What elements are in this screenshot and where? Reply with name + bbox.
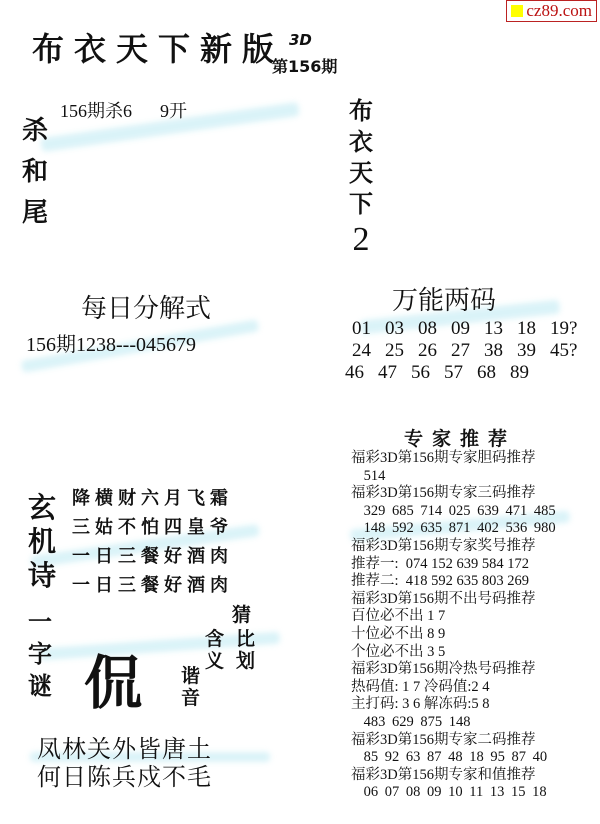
expert-line: 福彩3D第156期专家和值推荐: [351, 767, 556, 785]
number-row: 01030809131819?: [352, 318, 583, 340]
expert-line: 推荐二: 418 592 635 803 269: [351, 573, 556, 591]
label-char: 谜: [28, 670, 52, 702]
title-char: 布: [349, 96, 373, 127]
daily-formula-value: 156期1238---045679: [26, 328, 196, 357]
number: 19?: [550, 318, 583, 340]
kill-tail-line: 156期杀69开: [60, 97, 187, 123]
expert-recommendations: 福彩3D第156期专家胆码推荐 514 福彩3D第156期专家三码推荐 329 …: [351, 450, 556, 802]
number-row: 24252627383945?: [352, 340, 583, 362]
expert-line: 福彩3D第156期专家三码推荐: [351, 485, 556, 503]
number: 45?: [550, 340, 583, 362]
hint-meaning: 含 义: [205, 628, 224, 672]
poem-label: 玄 机 诗: [28, 491, 56, 593]
expert-line: 推荐一: 074 152 639 584 172: [351, 556, 556, 574]
number: 38: [484, 340, 517, 362]
couplet-line: 何日陈兵戍不毛: [37, 763, 212, 791]
label-char: 玄: [28, 491, 56, 525]
number: 26: [418, 340, 451, 362]
number: 13: [484, 318, 517, 340]
couplet: 凤林关外皆唐土 何日陈兵戍不毛: [37, 735, 212, 791]
title-char: 衣: [349, 127, 373, 158]
label-char: 和: [22, 152, 48, 193]
yellow-square-icon: [511, 5, 523, 17]
site-badge[interactable]: cz89.com: [506, 0, 597, 22]
expert-title: 专家推荐: [404, 424, 516, 451]
riddle-label: 一 字 谜: [28, 606, 52, 702]
number: 18: [517, 318, 550, 340]
number-row: 464756576889: [345, 362, 583, 384]
kill-tail-value: 156期杀6: [60, 101, 132, 121]
poem-line: 一日三餐好酒肉: [72, 542, 233, 571]
number: 89: [510, 362, 543, 384]
expert-line: 85 92 63 87 48 18 95 87 40: [351, 749, 556, 767]
expert-line: 514: [351, 468, 556, 486]
hint-char: 音: [181, 687, 200, 709]
poem-line: 一日三餐好酒肉: [72, 571, 233, 600]
hint-char: 比: [236, 628, 255, 650]
expert-line: 148 592 635 871 402 536 980: [351, 520, 556, 538]
daily-formula-title: 每日分解式: [81, 288, 211, 325]
label-char: 杀: [22, 111, 48, 152]
number: 25: [385, 340, 418, 362]
hint-guess: 猜: [232, 604, 251, 626]
page-title: 布衣天下新版: [32, 24, 284, 70]
expert-line: 主打码: 3 6 解冻码:5 8: [351, 696, 556, 714]
expert-line: 福彩3D第156期专家胆码推荐: [351, 450, 556, 468]
label-char: 一: [28, 606, 52, 638]
hint-char: 含: [205, 628, 224, 650]
expert-line: 06 07 08 09 10 11 13 15 18: [351, 784, 556, 802]
number: 46: [345, 362, 378, 384]
number: 27: [451, 340, 484, 362]
hint-compare: 比 划: [236, 628, 255, 672]
expert-line: 热码值: 1 7 冷码值:2 4: [351, 679, 556, 697]
expert-line: 福彩3D第156期专家奖号推荐: [351, 538, 556, 556]
issue-label: 第156期: [272, 54, 337, 77]
number: 56: [411, 362, 444, 384]
number: 57: [444, 362, 477, 384]
expert-line: 福彩3D第156期冷热号码推荐: [351, 661, 556, 679]
number: 39: [517, 340, 550, 362]
kill-tail-label: 杀 和 尾: [22, 111, 48, 234]
number: 47: [378, 362, 411, 384]
game-label: 3D: [289, 31, 312, 49]
number: 24: [352, 340, 385, 362]
label-char: 机: [28, 525, 56, 559]
hint-char: 划: [236, 650, 255, 672]
number: 08: [418, 318, 451, 340]
expert-line: 329 685 714 025 639 471 485: [351, 503, 556, 521]
expert-line: 483 629 875 148: [351, 714, 556, 732]
number: 68: [477, 362, 510, 384]
riddle-character: 侃: [84, 636, 142, 720]
hint-char: 义: [205, 650, 224, 672]
couplet-line: 凤林关外皆唐土: [37, 735, 212, 763]
vertical-title: 布 衣 天 下 2: [349, 96, 373, 260]
poem-line: 降横财六月飞霜: [72, 484, 233, 513]
expert-line: 福彩3D第156期不出号码推荐: [351, 591, 556, 609]
label-char: 诗: [28, 559, 56, 593]
expert-line: 个位必不出 3 5: [351, 644, 556, 662]
hint-sound: 谐 音: [181, 665, 200, 709]
title-char: 下: [349, 189, 373, 220]
number: 09: [451, 318, 484, 340]
title-char: 天: [349, 158, 373, 189]
kill-tail-open: 9开: [160, 101, 187, 121]
title-number: 2: [353, 220, 370, 260]
poem: 降横财六月飞霜 三姑不怕四皇爷 一日三餐好酒肉 一日三餐好酒肉: [72, 484, 233, 600]
expert-line: 福彩3D第156期专家二码推荐: [351, 732, 556, 750]
universal-two-grid: 01030809131819? 24252627383945? 46475657…: [352, 318, 583, 384]
site-badge-text: cz89.com: [526, 1, 592, 21]
poem-line: 三姑不怕四皇爷: [72, 513, 233, 542]
label-char: 尾: [22, 193, 48, 234]
number: 01: [352, 318, 385, 340]
expert-line: 十位必不出 8 9: [351, 626, 556, 644]
universal-two-title: 万能两码: [392, 280, 496, 317]
number: 03: [385, 318, 418, 340]
hint-char: 谐: [181, 665, 200, 687]
expert-line: 百位必不出 1 7: [351, 608, 556, 626]
label-char: 字: [28, 638, 52, 670]
